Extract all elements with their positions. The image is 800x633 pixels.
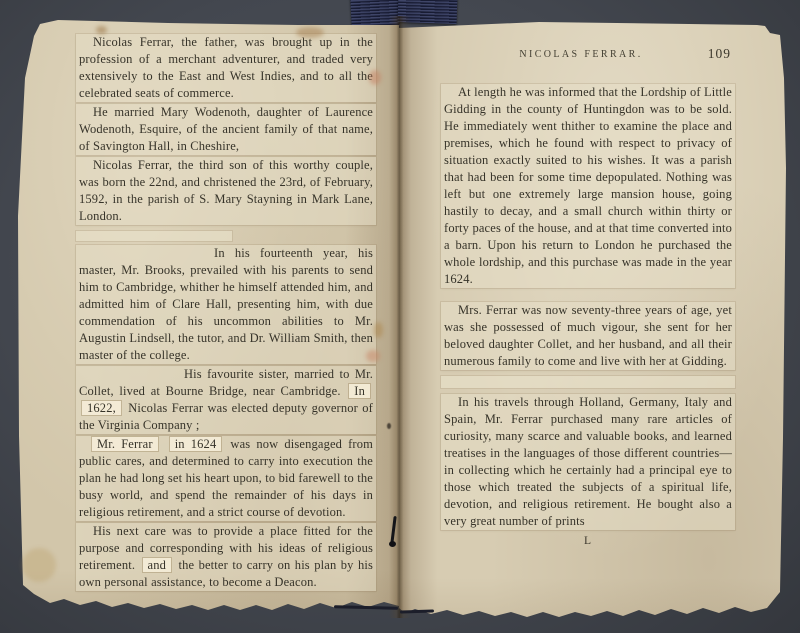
printed-paragraph-slip: His next care was to provide a place fit… <box>76 523 376 591</box>
pasted-word-slip: in 1624 <box>170 437 222 451</box>
running-header: NICOLAS FERRAR. <box>441 49 735 60</box>
paragraph-text: His favourite sister, married to Mr. Col… <box>79 367 373 398</box>
paragraph-text: Nicolas Ferrar, the third son of this wo… <box>79 158 373 223</box>
signature-mark: L <box>441 533 735 550</box>
printed-paragraph-slip: He married Mary Wodenoth, daughter of La… <box>76 104 376 155</box>
binding-thread <box>334 605 398 610</box>
open-book-scan: Nicolas Ferrar, the father, was brought … <box>0 0 800 633</box>
running-head-row: NICOLAS FERRAR. 109 <box>441 49 735 67</box>
pasted-word-slip: 1622, <box>82 401 121 415</box>
paragraph-text: He married Mary Wodenoth, daughter of La… <box>79 105 373 153</box>
paragraph-text: Nicolas Ferrar, the father, was brought … <box>79 35 373 100</box>
bookmark-ribbon <box>350 0 400 29</box>
blank-pasted-slip <box>441 376 735 388</box>
printed-paragraph-slip: Nicolas Ferrar, the third son of this wo… <box>76 157 376 225</box>
pasted-word-slip: In <box>349 384 370 398</box>
paragraph-text: In his travels through Holland, Germany,… <box>444 395 732 528</box>
right-page: NICOLAS FERRAR. 109 At length he was inf… <box>399 16 786 620</box>
paragraph-text: Nicolas Ferrar was elected deputy govern… <box>79 401 373 432</box>
blank-pasted-slip <box>76 231 232 241</box>
printed-paragraph-slip: Mrs. Ferrar was now seventy-three years … <box>441 302 735 370</box>
paragraph-text: In his fourteenth year, his master, Mr. … <box>79 246 373 362</box>
right-page-text-column: At length he was informed that the Lords… <box>441 84 735 550</box>
printed-paragraph-slip: At length he was informed that the Lords… <box>441 84 735 288</box>
left-page-text-column: Nicolas Ferrar, the father, was brought … <box>76 34 376 593</box>
printed-paragraph-slip: His favourite sister, married to Mr. Col… <box>76 366 376 434</box>
bookmark-ribbon <box>398 0 458 24</box>
paragraph-text: Mrs. Ferrar was now seventy-three years … <box>444 303 732 368</box>
printed-paragraph-slip: In his travels through Holland, Germany,… <box>441 394 735 530</box>
pasted-word-slip: and <box>143 558 172 572</box>
printed-paragraph-slip: In his fourteenth year, his master, Mr. … <box>76 245 376 364</box>
paragraph-text: At length he was informed that the Lords… <box>444 85 732 286</box>
page-number: 109 <box>708 46 731 62</box>
right-page-paragraphs: At length he was informed that the Lords… <box>441 84 735 530</box>
left-page: Nicolas Ferrar, the father, was brought … <box>18 16 399 618</box>
printed-paragraph-slip: Mr. Ferrar in 1624 was now disengaged fr… <box>76 436 376 521</box>
binding-thread-knot <box>389 541 396 547</box>
printed-paragraph-slip: Nicolas Ferrar, the father, was brought … <box>76 34 376 102</box>
pasted-word-slip: Mr. Ferrar <box>92 437 158 451</box>
